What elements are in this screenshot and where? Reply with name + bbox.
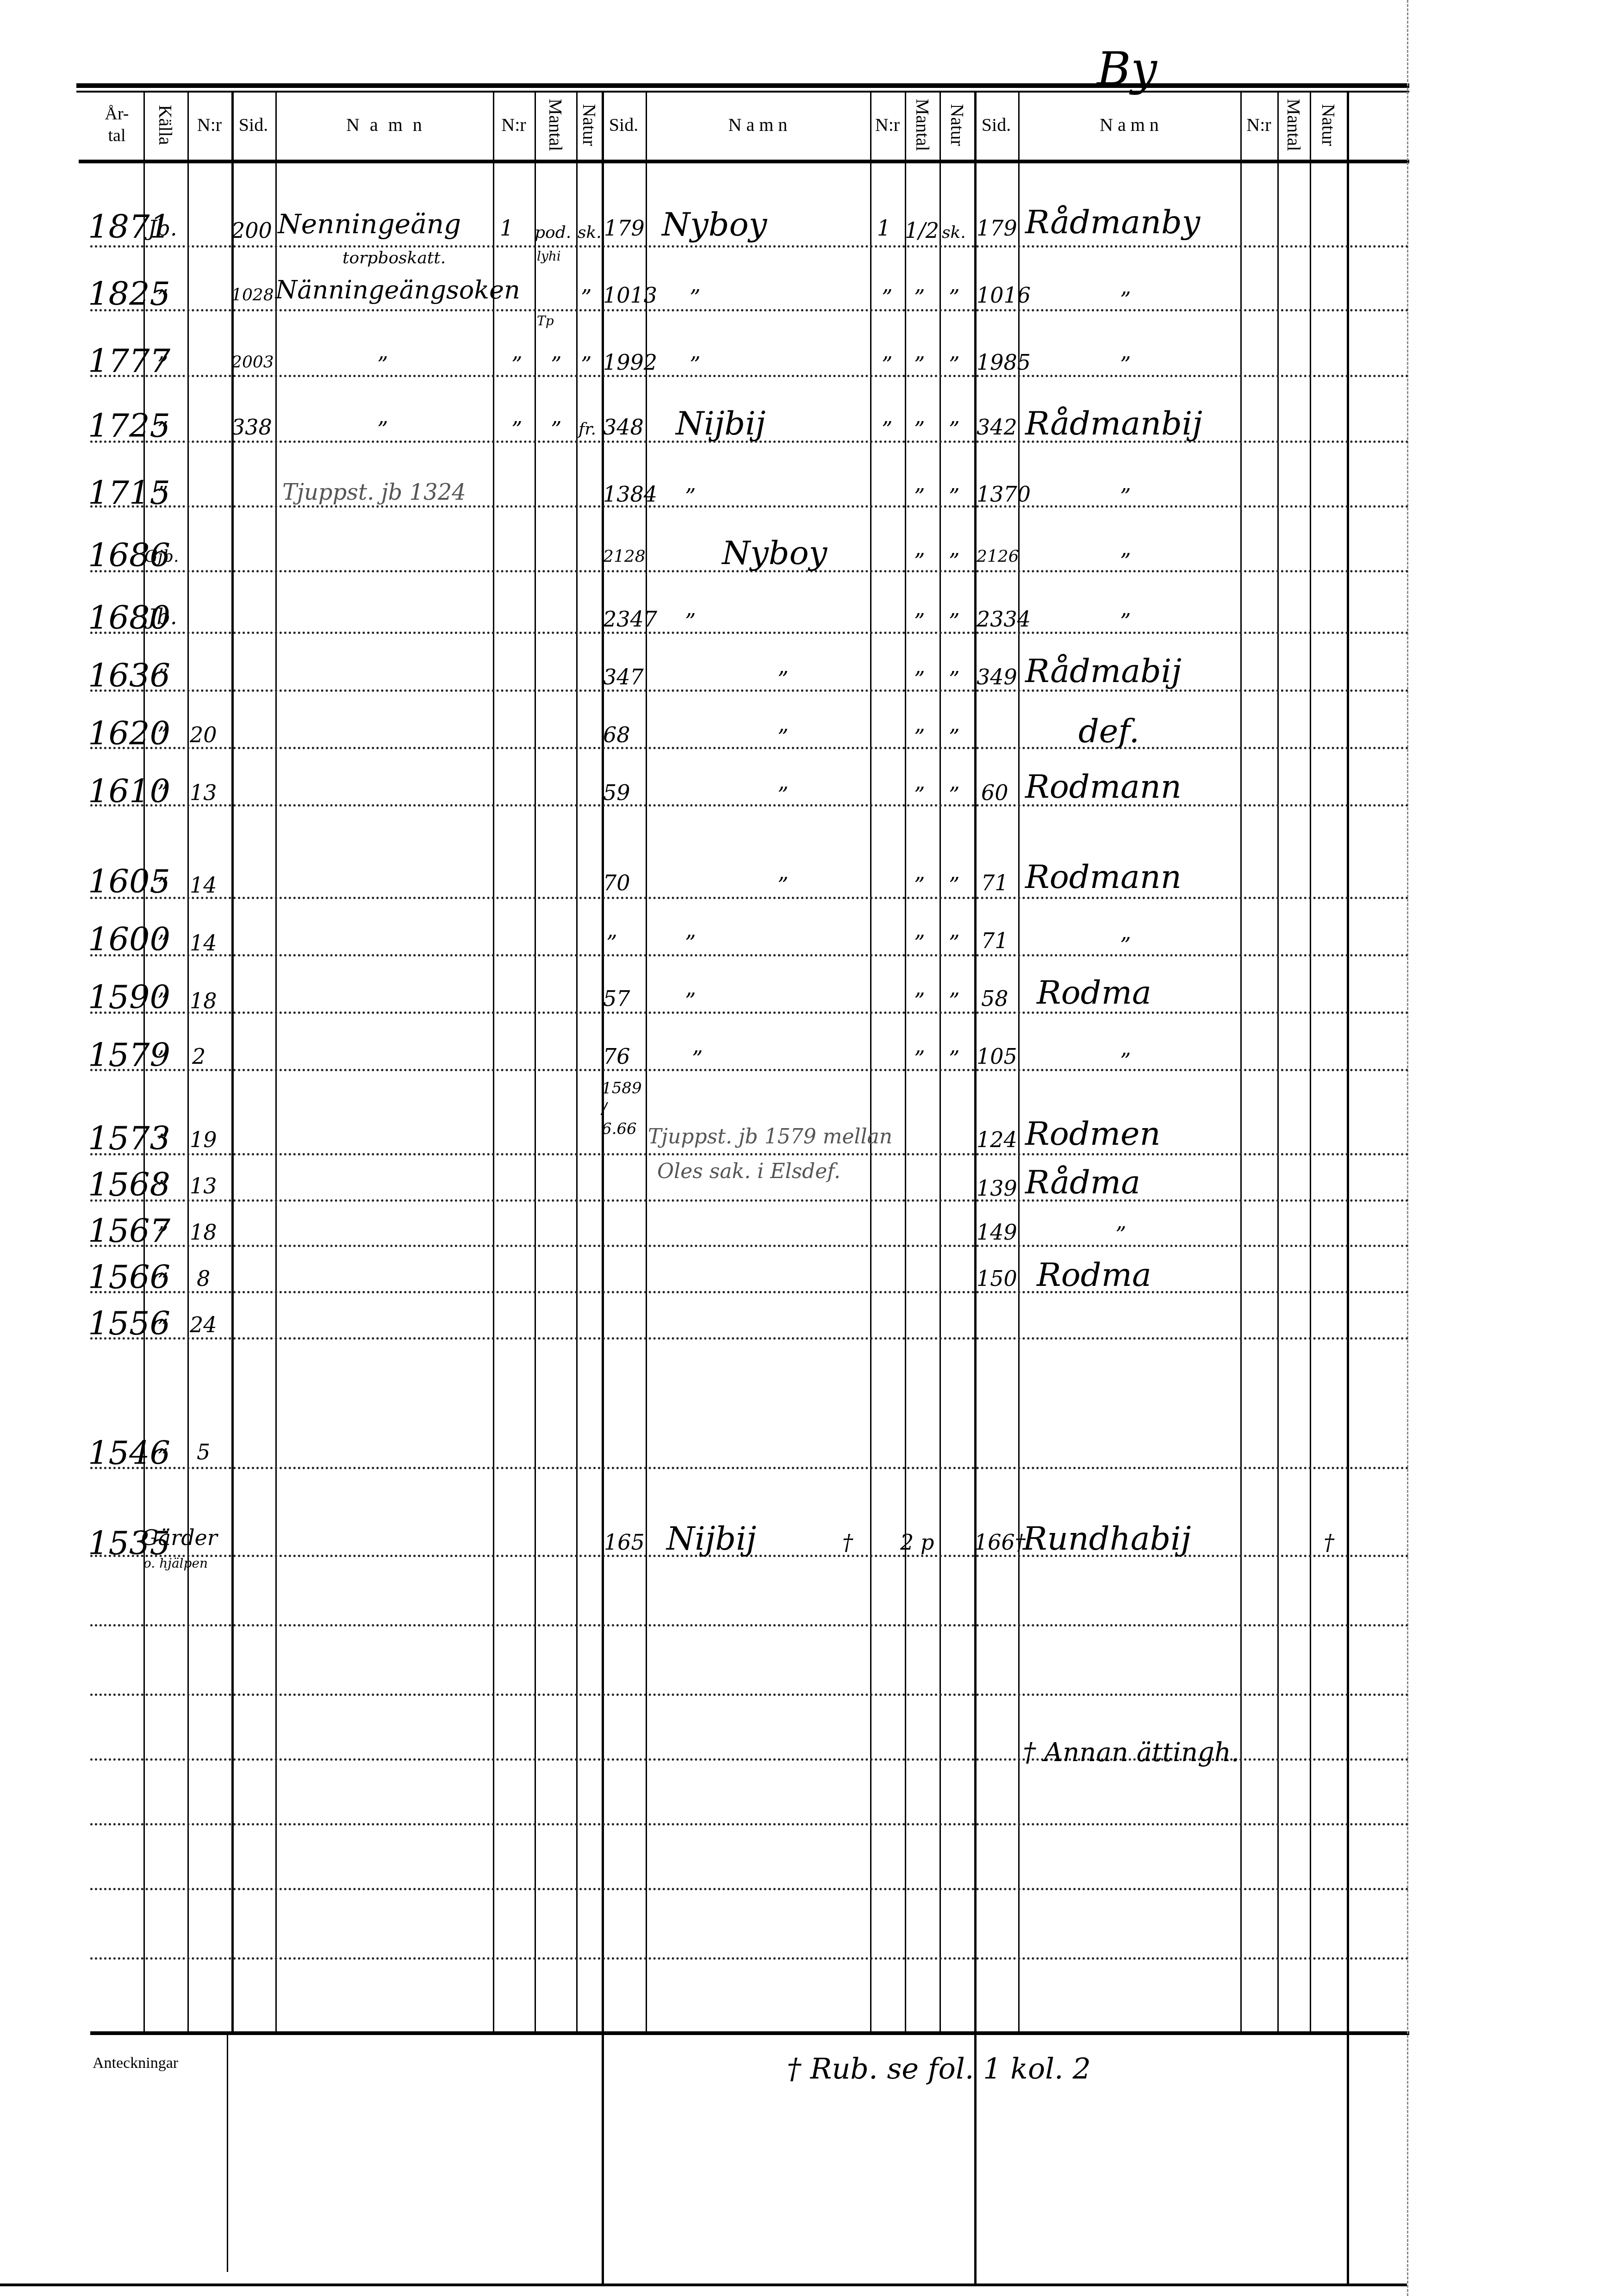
sid-2: 2128 <box>603 548 646 565</box>
name-2: Nijbij <box>666 1522 756 1555</box>
name-3: ” <box>1120 289 1131 310</box>
source: Jb. <box>148 606 177 627</box>
sid-3: 342 <box>977 416 1017 438</box>
sid-2: 57 <box>603 988 630 1009</box>
nr-2: † <box>842 1532 853 1553</box>
row-line <box>90 245 1409 248</box>
sid-3: 139 <box>977 1178 1017 1199</box>
natur-2: ” <box>949 932 960 954</box>
name-3: ” <box>1120 551 1131 572</box>
name-2: ” <box>778 726 789 748</box>
header-namn-2: N a m n <box>646 93 870 157</box>
row-line <box>90 954 1409 956</box>
sid-3: 349 <box>977 666 1017 688</box>
name-2: ” <box>685 486 696 507</box>
name-3: Rodmen <box>1025 1117 1161 1150</box>
natur-2: ” <box>949 486 960 507</box>
row-line <box>90 747 1409 749</box>
source-nr: 20 <box>190 724 217 745</box>
source: ” <box>157 1131 168 1153</box>
source: ” <box>157 932 168 954</box>
col-line <box>576 93 578 2031</box>
mantal-2: ” <box>914 551 925 572</box>
source: ” <box>157 1316 168 1338</box>
sid-3: 58 <box>981 988 1008 1009</box>
sid-3: 150 <box>977 1268 1017 1289</box>
col-line <box>1277 93 1279 2031</box>
name-2: ” <box>685 990 696 1011</box>
col-line <box>231 93 234 2031</box>
sid-2: 348 <box>603 416 644 438</box>
col-line <box>493 93 494 2031</box>
row-line <box>90 1888 1409 1890</box>
row-line <box>90 1823 1409 1825</box>
mantal-2: ” <box>914 1048 925 1069</box>
sid-3: 1370 <box>977 484 1031 505</box>
mantal-2: ” <box>914 932 925 954</box>
sid-3: 124 <box>977 1129 1017 1150</box>
name-2: ” <box>690 287 701 308</box>
source: ” <box>157 666 168 688</box>
header-nr-3: N:r <box>1240 93 1277 157</box>
sid-2: ” <box>606 932 617 954</box>
header-mantal-3: Mantal <box>1277 93 1310 157</box>
row-line <box>90 1957 1409 1960</box>
source-nr: 14 <box>190 875 217 896</box>
page-edge <box>1407 0 1409 2296</box>
mantal-2: 2 p <box>900 1532 934 1553</box>
name-2: Nyboy <box>662 208 767 241</box>
col-line <box>646 93 647 2031</box>
sid-2: 59 <box>603 782 630 803</box>
ledger-page: By År- tal <box>0 0 1624 2296</box>
name-2: ” <box>685 932 696 954</box>
sid-2: 179 <box>604 217 645 239</box>
source-nr: 14 <box>190 932 217 954</box>
mantal-1-sub: lyhi <box>537 250 561 263</box>
natur-1: sk. <box>578 224 602 241</box>
source-nr: 24 <box>190 1314 217 1335</box>
nr-2: ” <box>882 419 893 440</box>
name-1: Nenningeäng <box>278 211 461 237</box>
sid-3: 1016 <box>977 285 1031 306</box>
col-line <box>905 93 906 2031</box>
source: Gjb. <box>144 548 179 565</box>
name-2: ” <box>690 354 701 375</box>
sid-2: 2347 <box>603 608 657 630</box>
col-line <box>1347 93 1349 2286</box>
header-natur-1: Natur <box>576 93 602 157</box>
mantal-1: pod. <box>535 224 571 241</box>
name-3: ” <box>1120 354 1131 375</box>
row-line <box>90 632 1409 634</box>
header-mantal-2: Mantal <box>905 93 940 157</box>
header-nr: N:r <box>187 93 231 157</box>
source-nr: 13 <box>190 782 217 803</box>
header-natur-2: Natur <box>940 93 974 157</box>
sid-3: 2126 <box>977 548 1019 565</box>
source: ” <box>157 1224 168 1245</box>
name-3: ” <box>1120 611 1131 632</box>
header-mantal-1: Mantal <box>535 93 576 157</box>
natur-1: fr. <box>579 421 596 438</box>
source-sub: o. hjälpen <box>143 1557 208 1570</box>
nr-1: 1 <box>500 217 513 239</box>
source: ” <box>157 875 168 896</box>
header-namn-1: N a m n <box>275 93 493 157</box>
name-2-note-sub: Oles sak. i Elsdef. <box>657 1161 840 1182</box>
name-3: Rådmanbij <box>1025 407 1202 440</box>
col-line <box>1240 93 1242 2031</box>
name-1: Nänningeängsoken <box>275 278 520 303</box>
name-2: ” <box>692 1048 703 1069</box>
row-line <box>90 1337 1409 1340</box>
name-1: ” <box>377 354 388 375</box>
row-line <box>90 505 1409 508</box>
col-line <box>1310 93 1311 2031</box>
sid-3: 179 <box>977 217 1017 239</box>
sid-2: 68 <box>603 724 630 745</box>
sid-3: 1985 <box>977 352 1031 373</box>
mantal-1: ” <box>551 354 562 375</box>
row-line <box>90 309 1409 311</box>
source-nr: 19 <box>190 1129 217 1150</box>
mantal-2: ” <box>914 486 925 507</box>
mantal-2: ” <box>914 726 925 748</box>
mantal-2: ” <box>914 354 925 375</box>
source: ” <box>157 1048 168 1069</box>
header-sid-3: Sid. <box>974 93 1018 157</box>
name-2: Nijbij <box>676 407 765 440</box>
header-sid-2: Sid. <box>602 93 646 157</box>
name-3: Rådmabij <box>1025 655 1182 687</box>
row-line <box>90 897 1409 899</box>
natur-2: ” <box>949 875 960 896</box>
source: Jb. <box>148 217 177 239</box>
name-3: ” <box>1120 935 1131 956</box>
header-natur-3: Natur <box>1310 93 1347 157</box>
mantal-2: ” <box>914 990 925 1011</box>
sid-2-boxed: 1589 / 6.66 <box>602 1078 646 1140</box>
name-3: def. <box>1078 715 1139 747</box>
source: ” <box>157 990 168 1011</box>
header-namn-3: N a m n <box>1018 93 1240 157</box>
bottom-rule <box>0 2284 1407 2286</box>
source: ” <box>157 724 168 745</box>
source-nr: 13 <box>190 1175 217 1197</box>
sid-2: 70 <box>603 872 630 894</box>
header-rule <box>79 160 1409 163</box>
natur-2: ” <box>949 669 960 690</box>
natur-2: ” <box>949 990 960 1011</box>
sid-2: 347 <box>603 666 644 688</box>
natur-1: ” <box>581 287 592 308</box>
mantal-2: ” <box>914 784 925 806</box>
name-3: Rodmann <box>1025 861 1182 893</box>
notes-text: † Rub. se fol. 1 kol. 2 <box>787 2054 1091 2083</box>
name-3: Rodmann <box>1025 770 1182 803</box>
source-nr: 2 <box>192 1046 205 1067</box>
natur-3-mark: † <box>1324 1532 1334 1553</box>
sid-2: 1992 <box>603 352 657 373</box>
mantal-2: ” <box>914 875 925 896</box>
source-nr: 5 <box>197 1441 210 1463</box>
sid-1: 2003 <box>231 354 274 371</box>
sid-3: 71 <box>981 872 1008 894</box>
source: ” <box>157 484 168 505</box>
row-line <box>90 1624 1409 1626</box>
natur-2: ” <box>949 287 960 308</box>
source: Gärder <box>141 1527 218 1548</box>
natur-2: ” <box>949 1048 960 1069</box>
natur-2: ” <box>949 551 960 572</box>
name-2: ” <box>778 669 789 690</box>
mantal-2: ” <box>914 611 925 632</box>
col-line <box>1018 93 1020 2031</box>
name-3: Rodma <box>1037 1259 1151 1291</box>
name-2: ” <box>685 611 696 632</box>
notes-divider <box>227 2031 228 2272</box>
sid-3: 2334 <box>977 608 1031 630</box>
source: ” <box>157 419 168 440</box>
col-line <box>870 93 871 2031</box>
row-line <box>90 804 1409 807</box>
notes-rule <box>90 2031 1409 2035</box>
row-line <box>90 1467 1409 1469</box>
col-line <box>187 93 189 2031</box>
name-3: ” <box>1120 486 1131 507</box>
name-3: Rådma <box>1025 1166 1140 1198</box>
row-line <box>90 375 1409 377</box>
sid-3: 166† <box>974 1532 1026 1553</box>
nr-2: ” <box>882 354 893 375</box>
sid-2: 165 <box>604 1532 645 1553</box>
sid-1: 338 <box>231 416 272 438</box>
col-line <box>275 93 277 2031</box>
natur-2: ” <box>949 354 960 375</box>
top-rule <box>76 83 1409 88</box>
header-sid-1: Sid. <box>231 93 275 157</box>
mantal-2: ” <box>914 287 925 308</box>
name-3: Rodma <box>1037 976 1151 1009</box>
header-artal: År- tal <box>90 93 143 157</box>
footnote: † Annan ättingh. <box>1023 1740 1239 1766</box>
source-nr: 18 <box>190 1222 217 1243</box>
sid-3: 71 <box>981 930 1008 951</box>
nr-2: ” <box>882 287 893 308</box>
sid-1: 1028 <box>231 287 274 304</box>
mantal-2: 1/2 <box>905 220 939 241</box>
row-line <box>90 1291 1409 1293</box>
row-line <box>90 1199 1409 1202</box>
row-line <box>90 1153 1409 1155</box>
name-3: ” <box>1115 1224 1126 1245</box>
mantal-2: ” <box>914 669 925 690</box>
row-line <box>90 1011 1409 1014</box>
natur-2: ” <box>949 784 960 806</box>
name-1-note: Tjuppst. jb 1324 <box>282 481 466 503</box>
nr-1: ” <box>511 419 523 440</box>
name-2: ” <box>778 875 789 896</box>
source: ” <box>157 287 168 308</box>
sid-3: 105 <box>977 1046 1017 1067</box>
name-3: Rådmanby <box>1025 206 1200 238</box>
sid-3: 60 <box>981 782 1008 803</box>
sid-2: 1013 <box>603 285 657 306</box>
natur-2: ” <box>949 611 960 632</box>
sid-3: 149 <box>977 1222 1017 1243</box>
name-1-sub: torpboskatt. <box>342 250 446 267</box>
natur-1: ” <box>581 354 592 375</box>
col-line <box>535 93 536 2031</box>
row-line <box>90 1245 1409 1247</box>
natur-2: ” <box>949 726 960 748</box>
sid-2: 76 <box>603 1046 630 1067</box>
name-3: ” <box>1120 1050 1131 1072</box>
source-nr: 18 <box>190 990 217 1011</box>
source-nr: 8 <box>197 1268 210 1289</box>
mantal-2: ” <box>914 419 925 440</box>
sid-1: 200 <box>231 220 272 241</box>
source: ” <box>157 782 168 803</box>
name-2: ” <box>778 784 789 806</box>
row-line <box>90 689 1409 692</box>
name-3: Rundhabij <box>1023 1522 1191 1555</box>
mantal-1: ” <box>551 419 562 440</box>
name-1: ” <box>377 419 388 440</box>
natur-2: ” <box>949 419 960 440</box>
header-nr-1: N:r <box>493 93 535 157</box>
header-nr-2: N:r <box>870 93 905 157</box>
source: ” <box>157 354 168 375</box>
source: ” <box>157 1446 168 1467</box>
name-2-note: Tjuppst. jb 1579 mellan <box>648 1127 892 1147</box>
row-line <box>90 1069 1409 1071</box>
row-line <box>90 1694 1409 1696</box>
natur-2: sk. <box>942 224 966 241</box>
name-2: Nyboy <box>722 537 827 569</box>
header-kalla: Källa <box>143 93 187 157</box>
mantal-1: Tp <box>537 315 554 328</box>
nr-2: 1 <box>877 217 890 239</box>
col-line <box>940 93 941 2031</box>
nr-1: ” <box>511 354 523 375</box>
source: ” <box>157 1178 168 1199</box>
sid-2: 1384 <box>603 484 657 505</box>
source: ” <box>157 1270 168 1291</box>
notes-label: Anteckningar <box>93 2054 178 2072</box>
